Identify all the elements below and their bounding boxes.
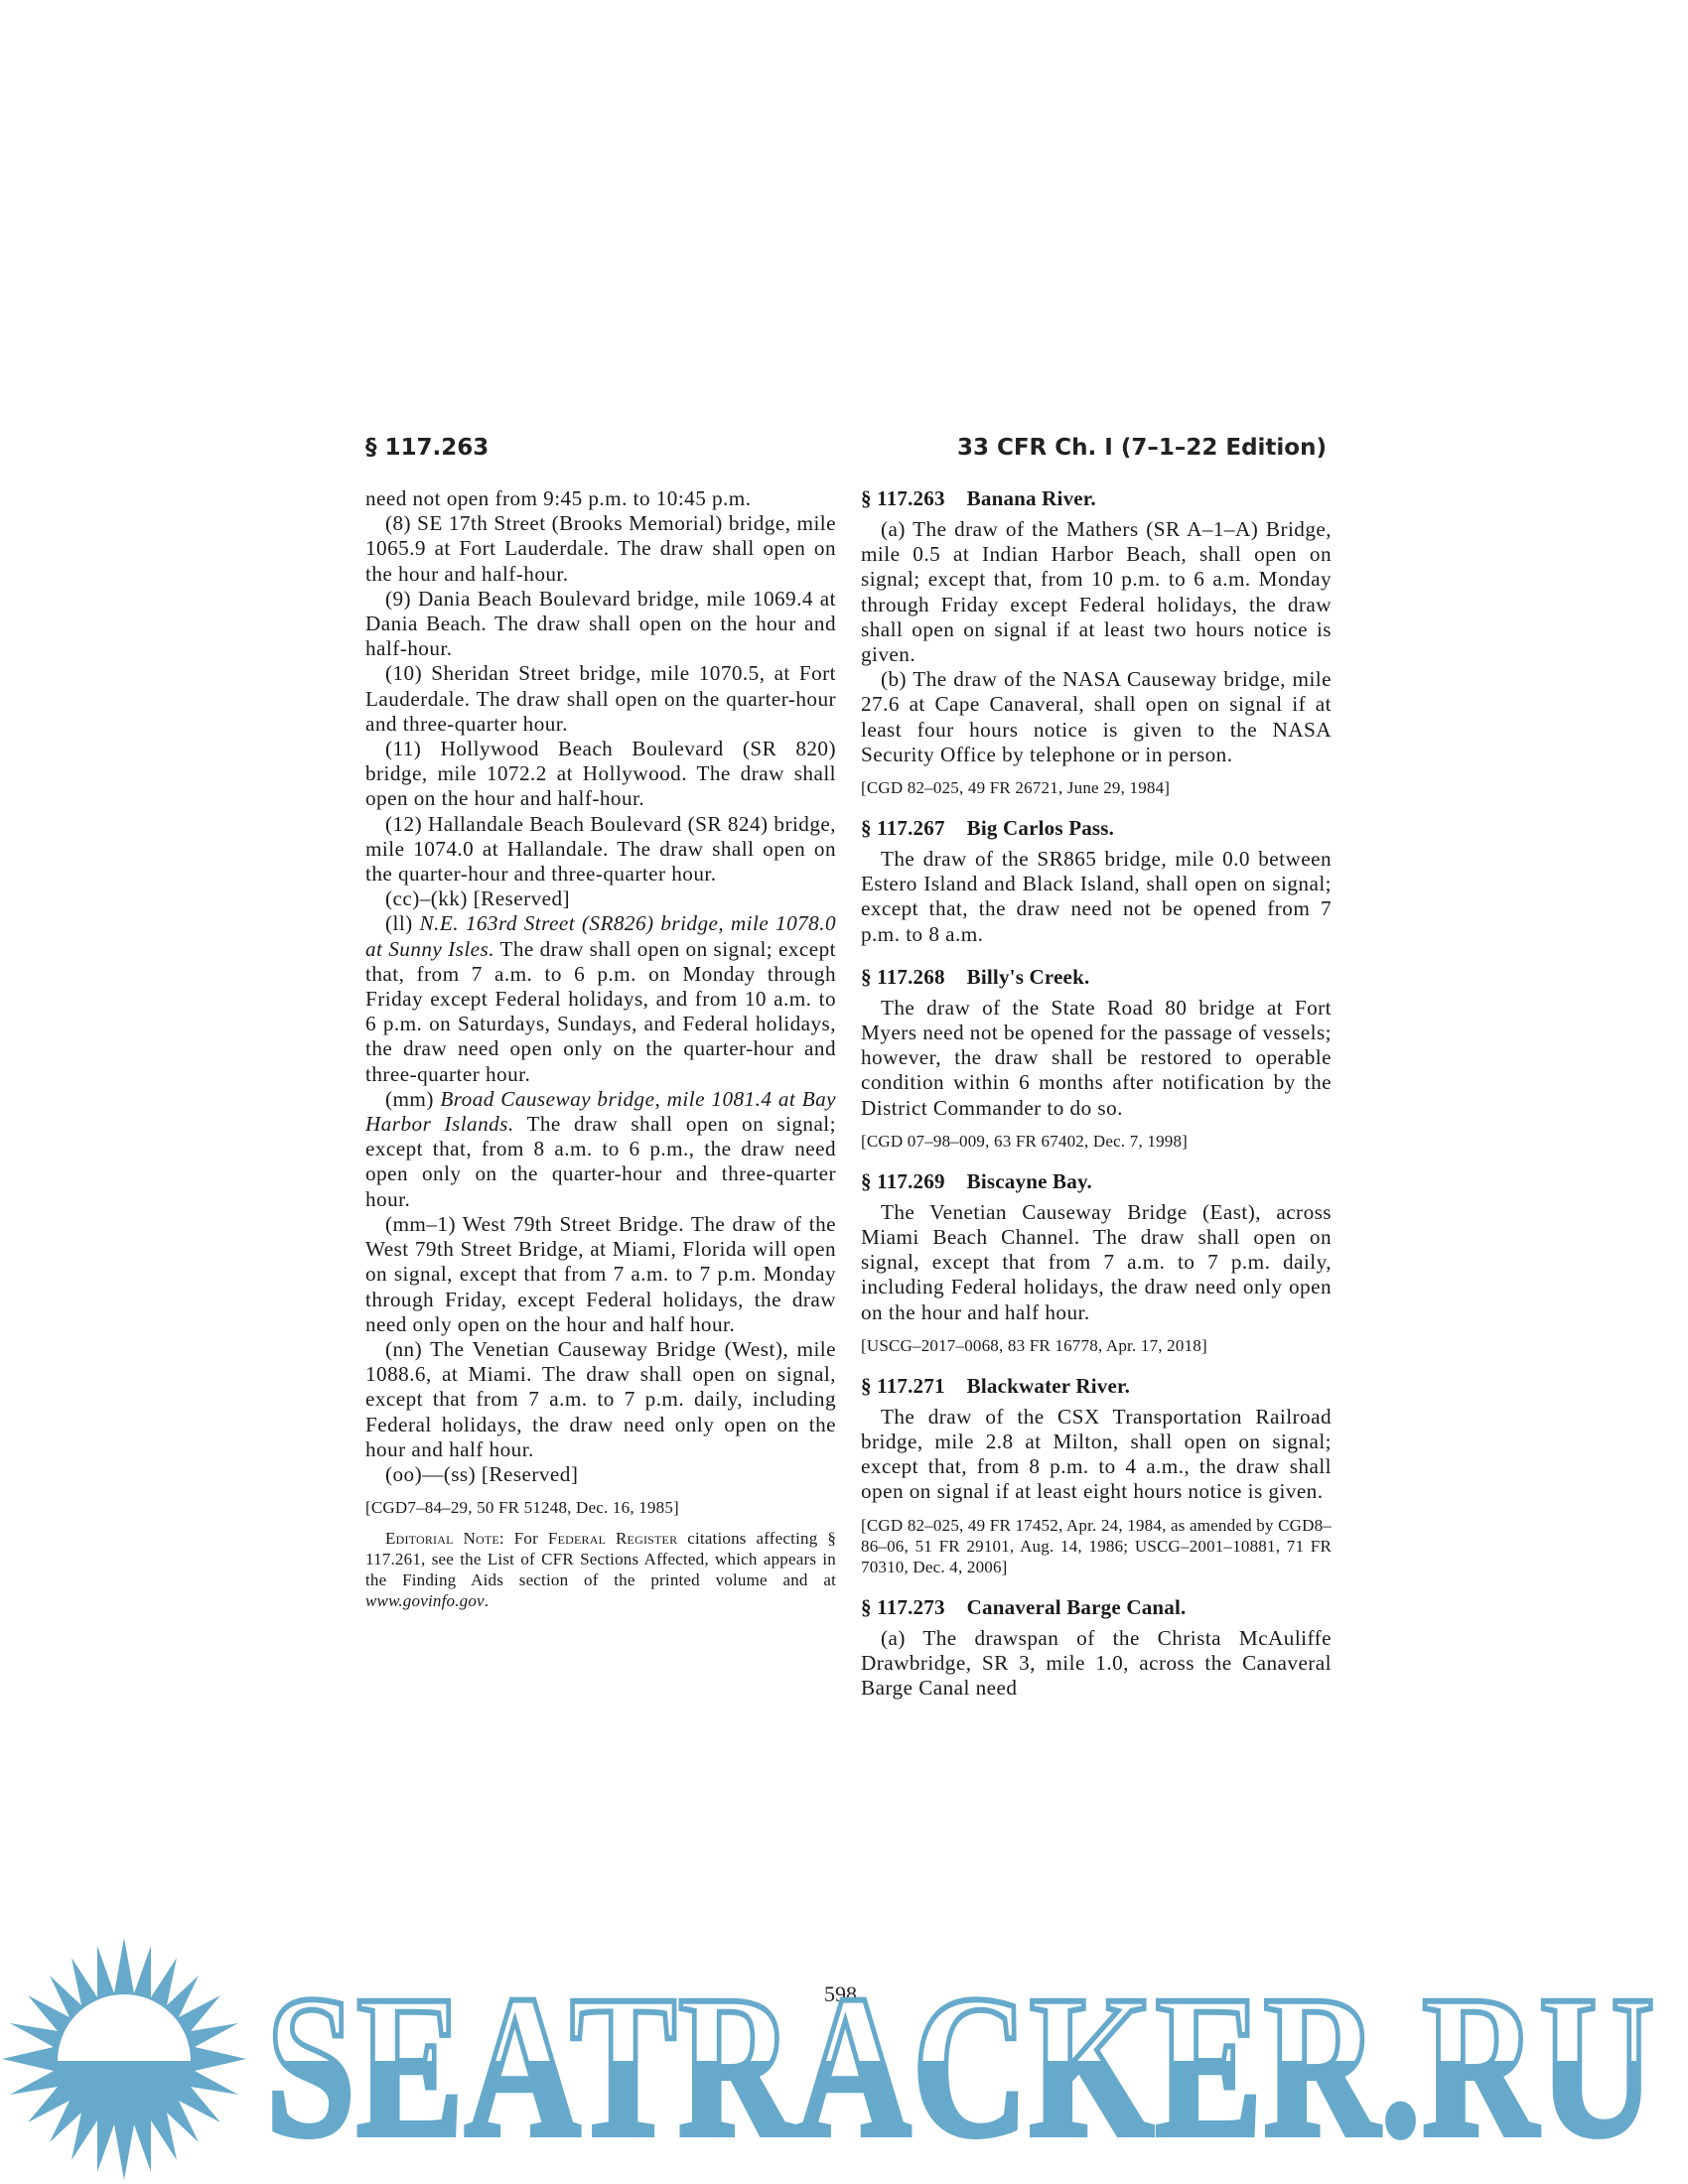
seatracker-watermark: SEATRACKER.RU SEATRACKER.RU [0,1936,1688,2184]
section-paragraph: (b) The draw of the NASA Causeway bridge… [861,667,1332,767]
section-117-267: § 117.267Big Carlos Pass. The draw of th… [861,816,1332,947]
section-117-269: § 117.269Biscayne Bay. The Venetian Caus… [861,1169,1332,1356]
paragraph-mm: (mm) Broad Causeway bridge, mile 1081.4 … [365,1087,836,1212]
paragraph-ll-label: (ll) [385,911,413,935]
section-heading: § 117.268Billy's Creek. [861,965,1332,990]
sunburst-icon [2,1938,246,2180]
section-citation: [CGD 82–025, 49 FR 17452, Apr. 24, 1984,… [861,1515,1332,1577]
section-117-263: § 117.263Banana River. (a) The draw of t… [861,486,1332,798]
paragraph-10: (10) Sheridan Street bridge, mile 1070.5… [365,661,836,737]
section-number: § 117.269 [861,1169,945,1193]
section-117-273: § 117.273Canaveral Barge Canal. (a) The … [861,1595,1332,1702]
section-117-268: § 117.268Billy's Creek. The draw of the … [861,965,1332,1152]
federal-register-label: Federal Register [548,1529,677,1548]
running-head: § 117.263 33 CFR Ch. I (7–1–22 Edition) [365,435,1327,465]
paragraph-oo-ss-reserved: (oo)—(ss) [Reserved] [365,1462,836,1487]
govinfo-link[interactable]: www.govinfo.gov [365,1591,485,1610]
section-heading: § 117.273Canaveral Barge Canal. [861,1595,1332,1620]
section-number: § 117.273 [861,1595,945,1619]
section-title: Canaveral Barge Canal. [967,1595,1187,1619]
section-paragraph: The draw of the CSX Transportation Railr… [861,1405,1332,1505]
paragraph-cc-kk-reserved: (cc)–(kk) [Reserved] [365,887,836,911]
left-column: need not open from 9:45 p.m. to 10:45 p.… [365,486,836,1611]
paragraph-12: (12) Hallandale Beach Boulevard (SR 824)… [365,812,836,887]
editorial-note-label: Editorial Note: [385,1529,504,1548]
paragraph-ll: (ll) N.E. 163rd Street (SR826) bridge, m… [365,911,836,1086]
editorial-note-pre: For [514,1529,538,1548]
section-heading: § 117.267Big Carlos Pass. [861,816,1332,841]
running-head-title: 33 CFR Ch. I (7–1–22 Edition) [957,435,1327,461]
running-head-section: § 117.263 [365,435,489,461]
paragraph-11: (11) Hollywood Beach Boulevard (SR 820) … [365,737,836,812]
section-heading: § 117.269Biscayne Bay. [861,1169,1332,1194]
section-paragraph: (a) The draw of the Mathers (SR A–1–A) B… [861,517,1332,667]
paragraph-9: (9) Dania Beach Boulevard bridge, mile 1… [365,587,836,662]
section-heading: § 117.271Blackwater River. [861,1374,1332,1399]
section-heading: § 117.263Banana River. [861,486,1332,511]
section-citation: [USCG–2017–0068, 83 FR 16778, Apr. 17, 2… [861,1335,1332,1356]
section-title: Blackwater River. [967,1374,1130,1398]
cfr-page: § 117.263 33 CFR Ch. I (7–1–22 Edition) … [0,0,1688,2184]
section-number: § 117.268 [861,965,945,989]
section-title: Big Carlos Pass. [967,816,1114,840]
section-number: § 117.267 [861,816,945,840]
section-title: Billy's Creek. [967,965,1090,989]
section-citation: [CGD 07–98–009, 63 FR 67402, Dec. 7, 199… [861,1131,1332,1152]
section-title: Biscayne Bay. [967,1169,1092,1193]
section-117-271: § 117.271Blackwater River. The draw of t… [861,1374,1332,1577]
source-citation: [CGD7–84–29, 50 FR 51248, Dec. 16, 1985] [365,1497,836,1518]
section-title: Banana River. [967,486,1096,510]
section-paragraph: (a) The drawspan of the Christa McAuliff… [861,1626,1332,1702]
editorial-note-end: . [485,1591,489,1610]
section-paragraph: The draw of the SR865 bridge, mile 0.0 b… [861,847,1332,947]
right-column: § 117.263Banana River. (a) The draw of t… [861,486,1332,1701]
paragraph-nn: (nn) The Venetian Causeway Bridge (West)… [365,1337,836,1462]
section-paragraph: The draw of the State Road 80 bridge at … [861,996,1332,1121]
section-number: § 117.263 [861,486,945,510]
paragraph-mm-label: (mm) [385,1087,434,1111]
section-citation: [CGD 82–025, 49 FR 26721, June 29, 1984] [861,777,1332,798]
paragraph-mm-1: (mm–1) West 79th Street Bridge. The draw… [365,1212,836,1337]
paragraph-8: (8) SE 17th Street (Brooks Memorial) bri… [365,511,836,587]
continuation-text: need not open from 9:45 p.m. to 10:45 p.… [365,486,836,511]
section-paragraph: The Venetian Causeway Bridge (East), acr… [861,1200,1332,1325]
editorial-note: Editorial Note: For Federal Register cit… [365,1528,836,1611]
section-number: § 117.271 [861,1374,945,1398]
